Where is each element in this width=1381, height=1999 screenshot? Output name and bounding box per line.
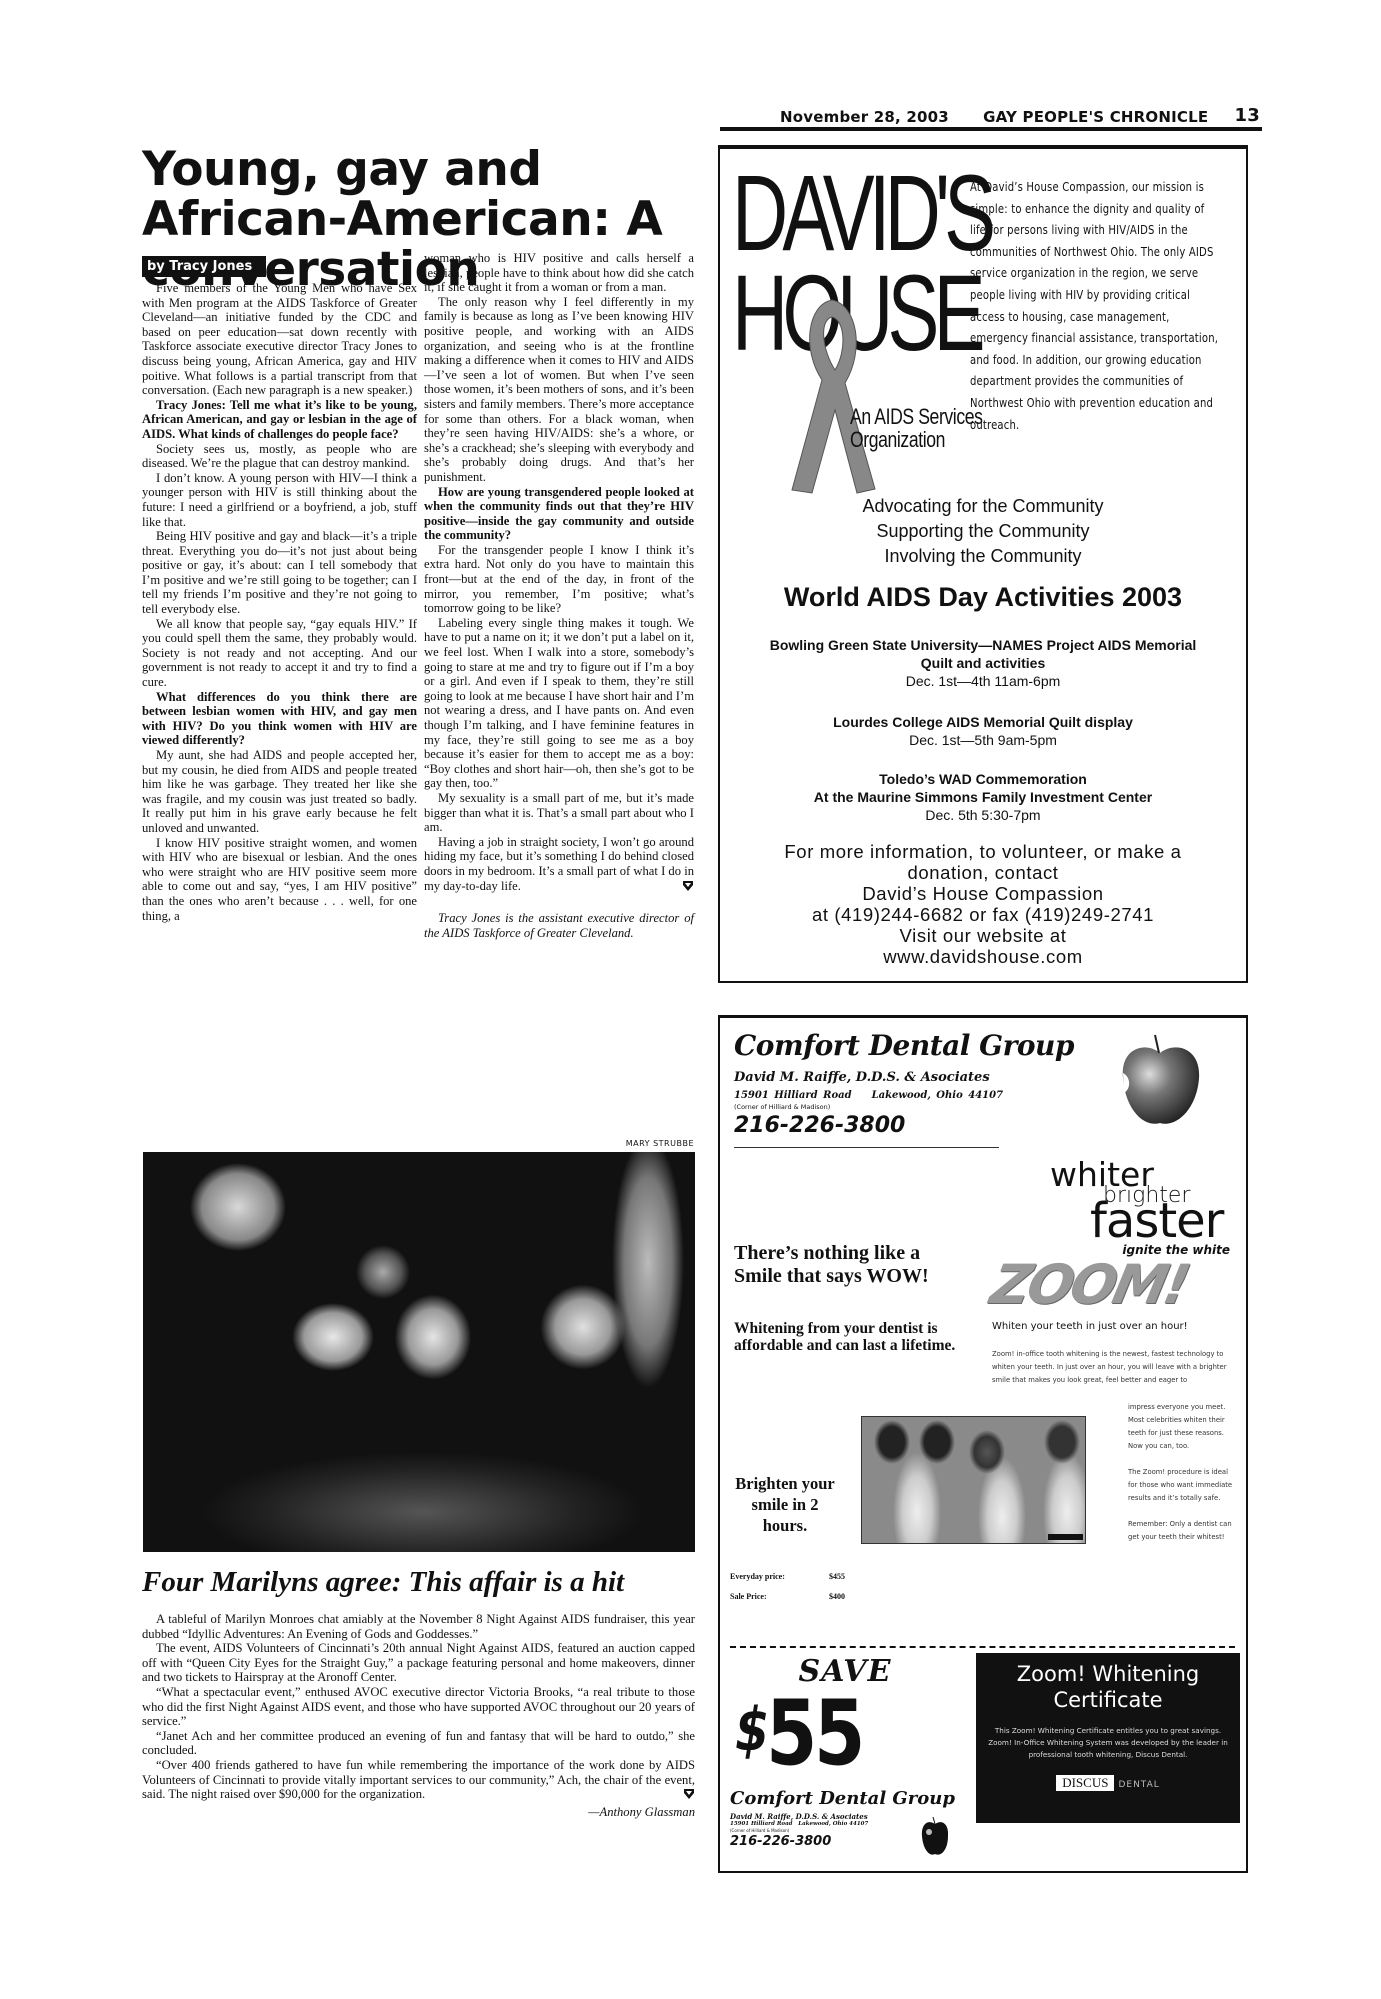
coupon: SAVE $55 Comfort Dental Group David M. R… xyxy=(730,1656,970,1856)
address-corner: (Corner of Hilliard & Madison) xyxy=(734,1103,830,1111)
discount-amount: $55 xyxy=(735,1684,862,1780)
paragraph: We all know that people say, “gay equals… xyxy=(142,617,417,690)
paragraph: I don’t know. A young person with HIV—I … xyxy=(142,471,417,529)
street-address: 15901 Hilliard Road xyxy=(730,1821,792,1827)
whiter-brighter-faster-tagline: whiter brighter faster xyxy=(1050,1158,1223,1245)
paragraph-text: Having a job in straight society, I won’… xyxy=(424,835,694,893)
price-value: $455 xyxy=(829,1567,845,1587)
event-name: Quilt and activities xyxy=(720,654,1246,672)
currency-symbol: $ xyxy=(735,1695,766,1765)
logo-word-davids: DAVID'S xyxy=(732,165,894,261)
events-title: World AIDS Day Activities 2003 xyxy=(720,582,1246,613)
description-paragraph: impress everyone you meet. Most celebrit… xyxy=(1128,1401,1238,1453)
page-number: 13 xyxy=(1235,105,1260,126)
city-address: Lakewood, Ohio 44107 xyxy=(798,1821,868,1827)
event-name: Lourdes College AIDS Memorial Quilt disp… xyxy=(720,713,1246,731)
paragraph: “What a spectacular event,” enthused AVO… xyxy=(142,1685,695,1729)
contact-line: For more information, to volunteer, or m… xyxy=(720,841,1246,862)
paragraph: “Janet Ach and her committee produced an… xyxy=(142,1729,695,1758)
slogan: Supporting the Community xyxy=(720,519,1246,544)
event-name: At the Maurine Simmons Family Investment… xyxy=(720,788,1246,806)
city-address: Lakewood, Ohio 44107 xyxy=(872,1090,1003,1101)
logo-tagline-line1: An AIDS Services xyxy=(850,405,983,428)
davids-house-ad: DAVID'S HOUSE An AIDS Services Organizat… xyxy=(718,145,1248,983)
dental-group-name: Comfort Dental Group xyxy=(730,1788,955,1809)
certificate-body: This Zoom! Whitening Certificate entitle… xyxy=(984,1725,1232,1761)
price-list: Everyday price:$455 Sale Price:$400 xyxy=(730,1567,845,1607)
event-item: Toledo’s WAD Commemoration At the Maurin… xyxy=(720,770,1246,824)
dental-address: 15901 Hilliard Road Lakewood, Ohio 44107 xyxy=(730,1821,868,1827)
apple-icon xyxy=(1115,1033,1205,1133)
paragraph: My sexuality is a small part of me, but … xyxy=(424,791,694,835)
models-photo xyxy=(861,1416,1086,1544)
paragraph: For the transgender people I know I thin… xyxy=(424,543,694,616)
comfort-dental-ad: Comfort Dental Group David M. Raiffe, D.… xyxy=(718,1015,1248,1873)
event-item: Lourdes College AIDS Memorial Quilt disp… xyxy=(720,713,1246,749)
dentist-name: David M. Raiffe, D.D.S. & Asociates xyxy=(734,1070,990,1085)
everyday-price-row: Everyday price:$455 xyxy=(730,1567,845,1587)
article-column-1: Five members of the Young Men who have S… xyxy=(142,281,417,923)
paragraph: The only reason why I feel differently i… xyxy=(424,295,694,485)
slogan: Involving the Community xyxy=(720,544,1246,569)
article-byline: by Tracy Jones xyxy=(142,256,266,277)
description-paragraph: Remember: Only a dentist can get your te… xyxy=(1128,1518,1238,1544)
davids-house-logo: DAVID'S HOUSE An AIDS Services Organizat… xyxy=(732,165,957,465)
issue-date: November 28, 2003 xyxy=(780,108,949,126)
paragraph: Having a job in straight society, I won’… xyxy=(424,835,694,893)
zoom-description-continued: impress everyone you meet. Most celebrit… xyxy=(1128,1401,1238,1557)
dental-phone: 216-226-3800 xyxy=(734,1113,905,1138)
dental-group-name: Comfort Dental Group xyxy=(734,1029,1074,1062)
event-time: Dec. 1st—4th 11am-6pm xyxy=(720,672,1246,690)
paragraph-continued: woman who is HIV positive and calls hers… xyxy=(424,251,694,295)
logo-suffix: DENTAL xyxy=(1118,1780,1159,1790)
paragraph: The event, AIDS Volunteers of Cincinnati… xyxy=(142,1641,695,1685)
tagline-faster: faster xyxy=(1090,1197,1223,1245)
whitening-certificate: Zoom! Whitening Certificate This Zoom! W… xyxy=(976,1653,1240,1823)
ad-headline: There’s nothing like a Smile that says W… xyxy=(734,1242,964,1287)
price-value: $400 xyxy=(829,1587,845,1607)
paragraph: I know HIV positive straight women, and … xyxy=(142,836,417,924)
dental-phone: 216-226-3800 xyxy=(730,1834,831,1849)
awareness-ribbon-icon xyxy=(787,295,877,495)
slogan: Advocating for the Community xyxy=(720,494,1246,519)
mission-statement: At David’s House Compassion, our mission… xyxy=(970,177,1221,436)
paragraph: Being HIV positive and gay and black—it’… xyxy=(142,529,417,617)
event-time: Dec. 5th 5:30-7pm xyxy=(720,806,1246,824)
logo-tagline-line2: Organization xyxy=(850,428,983,451)
brighten-smile-text: Brighten your smile in 2 hours. xyxy=(730,1473,840,1536)
paragraph: Society sees us, mostly, as people who a… xyxy=(142,442,417,471)
event-photo xyxy=(143,1152,695,1552)
header-rule xyxy=(720,127,1262,131)
paragraph: “Over 400 friends gathered to have fun w… xyxy=(142,1758,695,1802)
event-item: Bowling Green State University—NAMES Pro… xyxy=(720,636,1246,690)
whiten-tagline: Whiten your teeth in just over an hour! xyxy=(992,1321,1188,1332)
contact-phone: at (419)244-6682 or fax (419)249-2741 xyxy=(720,904,1246,925)
masthead: November 28, 2003 GAY PEOPLE'S CHRONICLE… xyxy=(780,104,1260,126)
second-article-body: A tableful of Marilyn Monroes chat amiab… xyxy=(142,1612,695,1819)
dentist-name: David M. Raiffe, D.D.S. & Asociates xyxy=(730,1812,868,1821)
divider xyxy=(734,1147,999,1148)
ad-subheadline: Whitening from your dentist is affordabl… xyxy=(734,1320,964,1354)
end-mark-icon xyxy=(682,880,694,892)
paragraph: My aunt, she had AIDS and people accepte… xyxy=(142,748,417,836)
certificate-title: Zoom! Whitening Certificate xyxy=(976,1661,1240,1713)
paragraph: Labeling every single thing makes it tou… xyxy=(424,616,694,791)
street-address: 15901 Hilliard Road xyxy=(734,1090,852,1101)
contact-line: donation, contact xyxy=(720,862,1246,883)
sale-price-row: Sale Price:$400 xyxy=(730,1587,845,1607)
price-label: Everyday price: xyxy=(730,1567,785,1587)
photo-label-bar xyxy=(1048,1534,1083,1540)
zoom-logo: ZOOM! xyxy=(986,1257,1238,1312)
logo-tagline: An AIDS Services Organization xyxy=(850,405,983,451)
second-article-headline: Four Marilyns agree: This affair is a hi… xyxy=(142,1566,702,1599)
discus-dental-logo: DISCUS xyxy=(1056,1775,1114,1791)
description-paragraph: The Zoom! procedure is ideal for those w… xyxy=(1128,1466,1238,1505)
paragraph: Five members of the Young Men who have S… xyxy=(142,281,417,398)
contact-info: For more information, to volunteer, or m… xyxy=(720,841,1246,967)
photo-credit: MARY STRUBBE xyxy=(600,1139,694,1148)
author-signature: —Anthony Glassman xyxy=(142,1805,695,1820)
amount-value: 55 xyxy=(766,1681,862,1786)
end-mark-icon xyxy=(683,1788,695,1800)
author-note: Tracy Jones is the assistant executive d… xyxy=(424,911,694,940)
coupon-cut-line xyxy=(730,1646,1235,1648)
zoom-description: Zoom! in-office tooth whitening is the n… xyxy=(992,1348,1232,1387)
event-name: Toledo’s WAD Commemoration xyxy=(720,770,1246,788)
slogans: Advocating for the Community Supporting … xyxy=(720,494,1246,569)
contact-line: David’s House Compassion xyxy=(720,883,1246,904)
address-corner: (Corner of Hilliard & Madison) xyxy=(730,1828,789,1833)
dental-address: 15901 Hilliard RoadLakewood, Ohio 44107 xyxy=(734,1090,1003,1101)
paragraph: A tableful of Marilyn Monroes chat amiab… xyxy=(142,1612,695,1641)
paragraph-text: “Over 400 friends gathered to have fun w… xyxy=(142,1758,695,1801)
contact-line: Visit our website at xyxy=(720,925,1246,946)
interview-question: What differences do you think there are … xyxy=(142,690,417,748)
apple-icon xyxy=(920,1816,950,1858)
publication-name: GAY PEOPLE'S CHRONICLE xyxy=(983,108,1208,126)
article-column-2: woman who is HIV positive and calls hers… xyxy=(424,251,694,940)
event-name: Bowling Green State University—NAMES Pro… xyxy=(720,636,1246,654)
price-label: Sale Price: xyxy=(730,1587,767,1607)
logo-text: DISCUS xyxy=(1062,1775,1108,1790)
interview-question: How are young transgendered people looke… xyxy=(424,485,694,543)
event-time: Dec. 1st—5th 9am-5pm xyxy=(720,731,1246,749)
interview-question: Tracy Jones: Tell me what it’s like to b… xyxy=(142,398,417,442)
website-link[interactable]: www.davidshouse.com xyxy=(720,946,1246,967)
